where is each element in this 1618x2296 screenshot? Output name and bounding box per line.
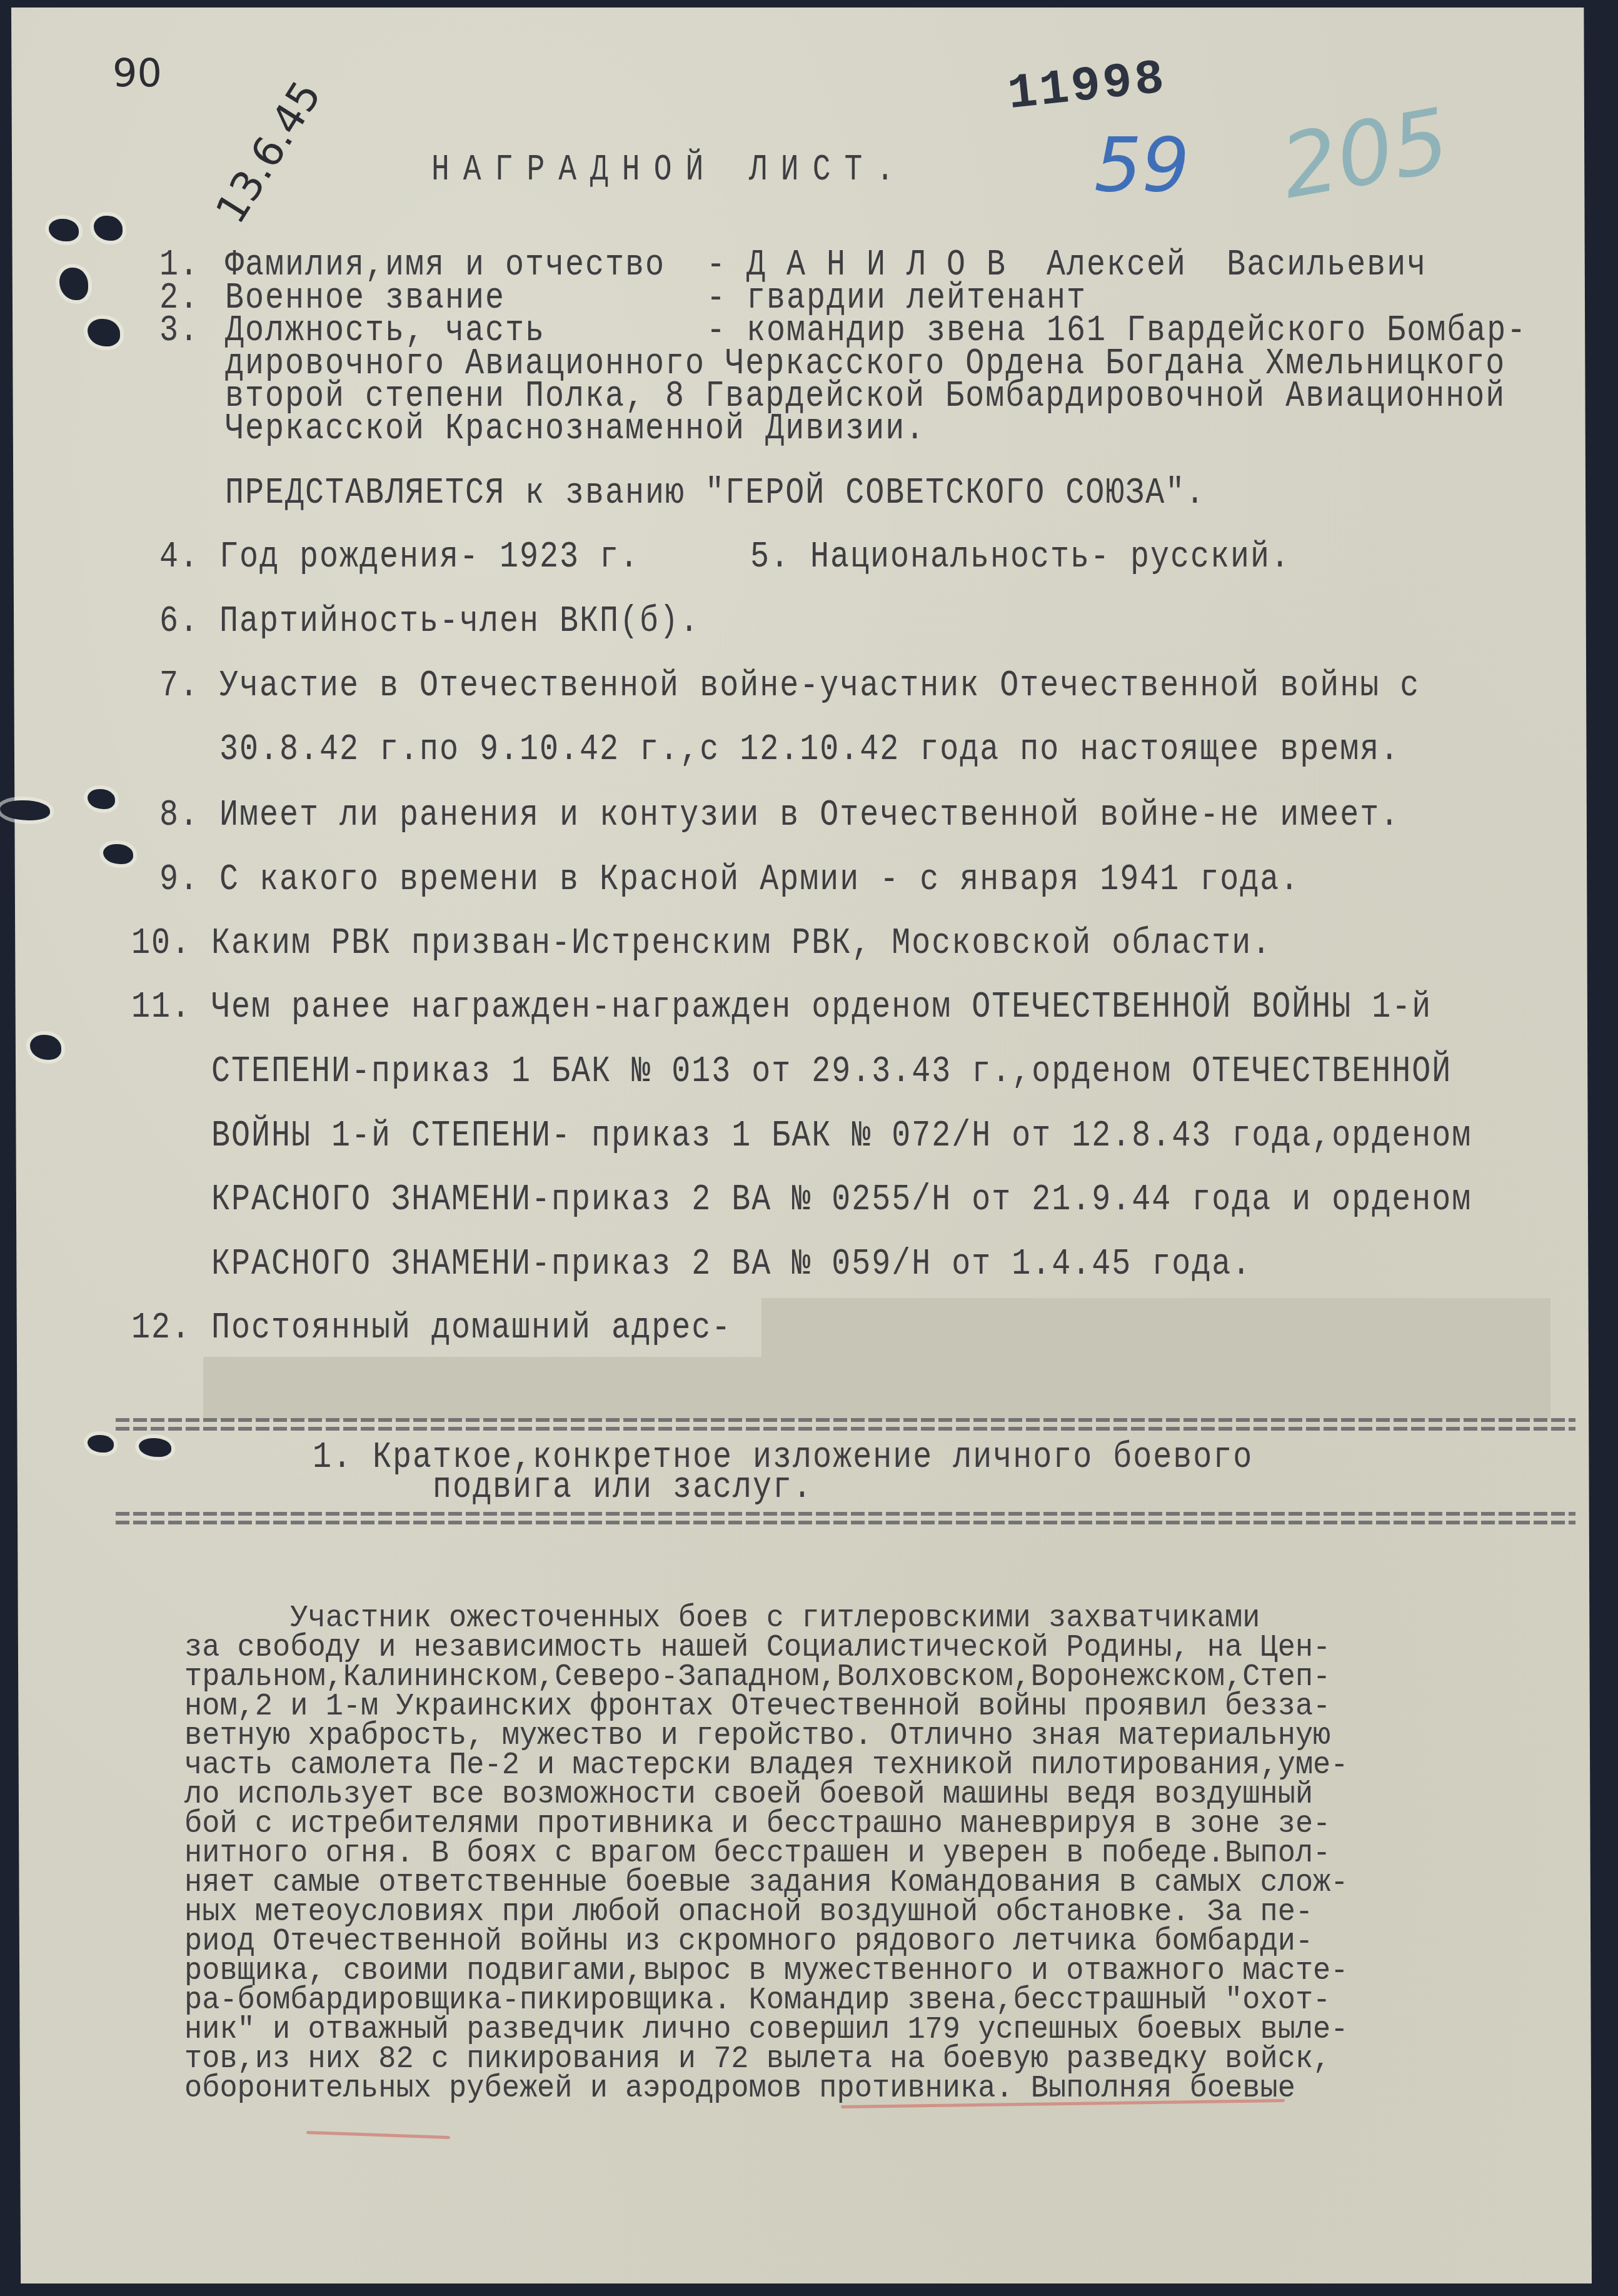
item-war-participation-cont: 30.8.42 г.по 9.10.42 г.,с 12.10.42 года … xyxy=(159,732,1400,768)
narrative-line: ных метеоусловиях при любой опасной возд… xyxy=(184,1897,1591,1928)
narrative-line: нитного огня. В боях с врагом бесстрашен… xyxy=(184,1838,1591,1869)
narrative-text: Участник ожесточенных боев с гитлеровски… xyxy=(184,1604,1591,2103)
narrative-line: ло использует все возможности своей боев… xyxy=(184,1780,1591,1810)
narrative-line: ном,2 и 1-м Украинских фронтах Отечестве… xyxy=(184,1691,1591,1722)
section-heading-cont: подвига или заслуг. xyxy=(313,1469,813,1506)
narrative-line: за свободу и независимость нашей Социали… xyxy=(184,1633,1591,1663)
redacted-address xyxy=(761,1298,1550,1361)
narrative-line: риод Отечественной войны из скромного ря… xyxy=(184,1926,1591,1957)
section-divider-top xyxy=(116,1418,1575,1431)
unit-continuation-line: Черкасской Краснознаменной Дивизии. xyxy=(225,411,925,448)
narrative-line: оборонительных рубежей и аэродромов прот… xyxy=(184,2073,1591,2104)
item-previous-awards-cont: КРАСНОГО ЗНАМЕНИ-приказ 2 ВА № 059/Н от … xyxy=(131,1246,1252,1283)
narrative-line: няет самые ответственные боевые задания … xyxy=(184,1868,1591,1898)
document-title: НАГРАДНОЙ ЛИСТ. xyxy=(431,149,908,191)
field-number: 3. xyxy=(159,313,199,350)
handwritten-page-number: 90 xyxy=(113,50,162,96)
narrative-line: бой с истребителями противника и бесстра… xyxy=(184,1809,1591,1840)
item-previous-awards-cont: СТЕПЕНИ-приказ 1 БАК № 013 от 29.3.43 г.… xyxy=(131,1054,1452,1090)
narrative-line: часть самолета Пе-2 и мастерски владея т… xyxy=(184,1750,1591,1781)
narrative-line: ник" и отважный разведчик лично совершил… xyxy=(184,2015,1591,2045)
narrative-line: ра-бомбардировщика-пикировщика. Командир… xyxy=(184,1985,1591,2016)
narrative-line: ровщика, своими подвигами,вырос в мужест… xyxy=(184,1956,1591,1986)
narrative-line: тральном,Калининском,Северо-Западном,Вол… xyxy=(184,1662,1591,1693)
nomination-line: ПРЕДСТАВЛЯЕТСЯ к званию "ГЕРОЙ СОВЕТСКОГ… xyxy=(225,475,1205,512)
narrative-line: Участник ожесточенных боев с гитлеровски… xyxy=(184,1603,1591,1634)
item-previous-awards: 11. Чем ранее награжден-награжден ордено… xyxy=(131,989,1432,1026)
item-birth-year: 4. Год рождения- 1923 г. xyxy=(159,539,640,576)
item-nationality: 5. Национальность- русский. xyxy=(750,539,1290,576)
redacted-address xyxy=(203,1357,1550,1419)
item-previous-awards-cont: ВОЙНЫ 1-й СТЕПЕНИ- приказ 1 БАК № 072/Н … xyxy=(131,1118,1472,1155)
item-previous-awards-cont: КРАСНОГО ЗНАМЕНИ-приказ 2 ВА № 0255/Н от… xyxy=(131,1182,1472,1219)
item-conscription: 10. Каким РВК призван-Истренским РВК, Мо… xyxy=(131,925,1272,962)
section-divider-bottom xyxy=(116,1512,1575,1524)
handwritten-blue-number: 59 xyxy=(1094,122,1190,209)
item-party: 6. Партийность-член ВКП(б). xyxy=(159,603,700,640)
item-wounds: 8. Имеет ли ранения и контузии в Отечест… xyxy=(159,797,1400,834)
narrative-line: ветную храбрость, мужество и геройство. … xyxy=(184,1721,1591,1751)
item-army-since: 9. С какого времени в Красной Армии - с … xyxy=(159,862,1300,899)
item-home-address-label: 12. Постоянный домашний адрес- xyxy=(131,1310,731,1347)
narrative-line: тов,из них 82 с пикирования и 72 вылета … xyxy=(184,2044,1591,2075)
item-war-participation: 7. Участие в Отечественной войне-участни… xyxy=(159,668,1420,705)
punch-hole xyxy=(0,800,50,820)
